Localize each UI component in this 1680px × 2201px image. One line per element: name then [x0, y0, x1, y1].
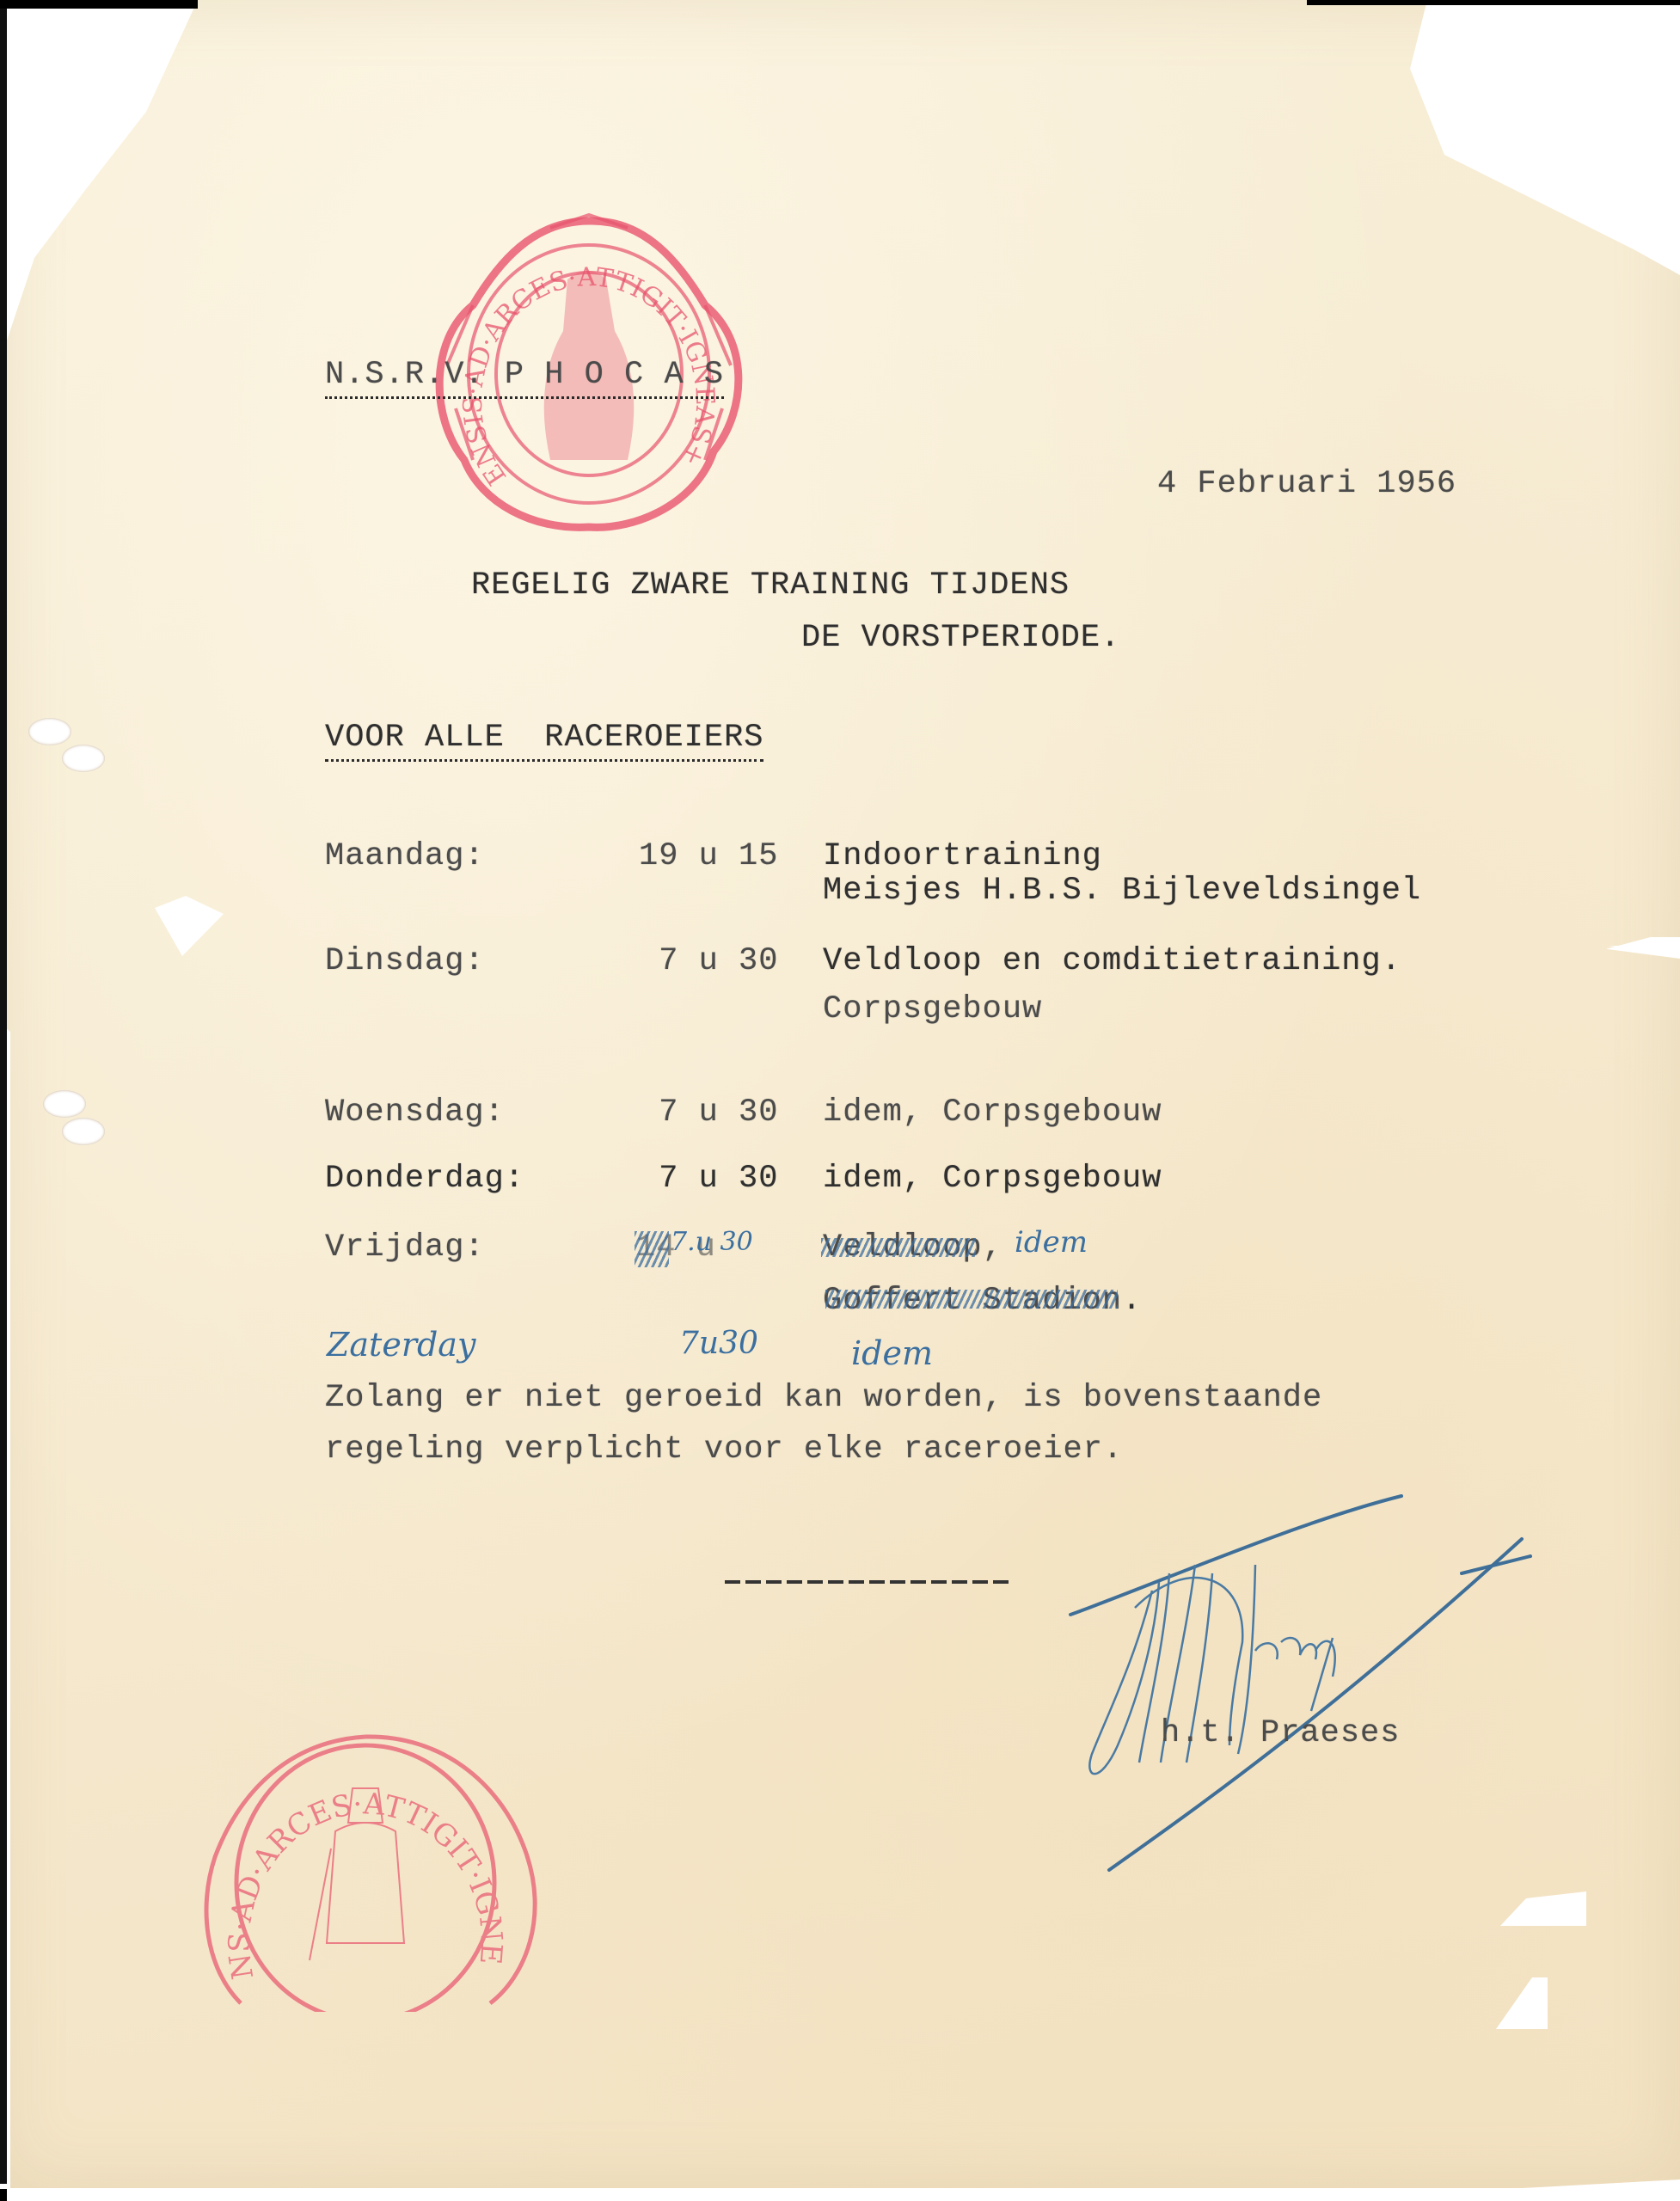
handwritten-day: Zaterday	[327, 1328, 475, 1361]
organization-name: N.S.R.V. P H O C A S	[325, 359, 724, 399]
scan-border-left	[0, 9, 7, 2184]
pen-scribble	[825, 1290, 1118, 1309]
schedule-day: Vrijdag:	[325, 1232, 485, 1264]
scan-border-bottom-left	[0, 2189, 7, 2201]
schedule-day: Donderdag:	[325, 1163, 524, 1195]
closing-line-2: regeling verplicht voor elke raceroeier.	[325, 1434, 1123, 1466]
handwritten-activity: idem	[851, 1337, 933, 1370]
closing-line-1: Zolang er niet geroeid kan worden, is bo…	[325, 1383, 1322, 1414]
handwritten-time: 7u30	[679, 1328, 758, 1359]
section-heading: VOOR ALLE RACEROEIERS	[325, 722, 763, 762]
punch-hole	[28, 718, 71, 745]
pen-scribble	[821, 1238, 976, 1257]
schedule-activity: idem, Corpsgebouw	[823, 1097, 1162, 1129]
punch-hole	[62, 745, 105, 772]
schedule-activity: Indoortraining	[823, 841, 1102, 873]
seal-stamp-bottom: NS·AD·ARCES·ATTIGIT·IGNE	[181, 1720, 550, 2012]
signature	[1058, 1487, 1539, 1874]
schedule-day: Dinsdag:	[325, 946, 485, 978]
schedule-activity: Veldloop en comditietraining.	[823, 946, 1401, 978]
scan-border-top-left	[0, 0, 198, 9]
schedule-time: 7 u 30	[639, 946, 778, 978]
handwritten-activity: idem	[1015, 1228, 1088, 1257]
schedule-day: Woensdag:	[325, 1097, 505, 1129]
punch-hole	[62, 1118, 105, 1145]
pen-scribble	[635, 1231, 669, 1267]
scan-margin-bottom	[0, 2188, 1680, 2201]
location-period: .	[1122, 1285, 1142, 1317]
signature-separator	[725, 1580, 1013, 1584]
activity-comma: ,	[983, 1232, 1002, 1264]
schedule-time: 7 u 30	[639, 1097, 778, 1129]
schedule-location: Corpsgebouw	[823, 994, 1042, 1026]
schedule-location: Meisjes H.B.S. Bijleveldsingel	[823, 875, 1421, 907]
document-title-line-2: DE VORSTPERIODE.	[801, 622, 1120, 654]
document-title-line-1: REGELIG ZWARE TRAINING TIJDENS	[471, 570, 1070, 602]
document-date: 4 Februari 1956	[1157, 469, 1456, 500]
scan-border-top-right	[1307, 0, 1680, 5]
svg-text:NS·AD·ARCES·ATTIGIT·IGNE: NS·AD·ARCES·ATTIGIT·IGNE	[223, 1787, 509, 1982]
punch-hole	[43, 1090, 86, 1118]
schedule-day: Maandag:	[325, 841, 485, 873]
schedule-time: 19 u 15	[639, 841, 778, 873]
schedule-time: 7 u 30	[639, 1163, 778, 1195]
handwritten-time: 7.u 30	[671, 1229, 753, 1255]
signatory-title: h.t. Praeses	[1161, 1718, 1400, 1750]
schedule-activity: idem, Corpsgebouw	[823, 1163, 1162, 1195]
